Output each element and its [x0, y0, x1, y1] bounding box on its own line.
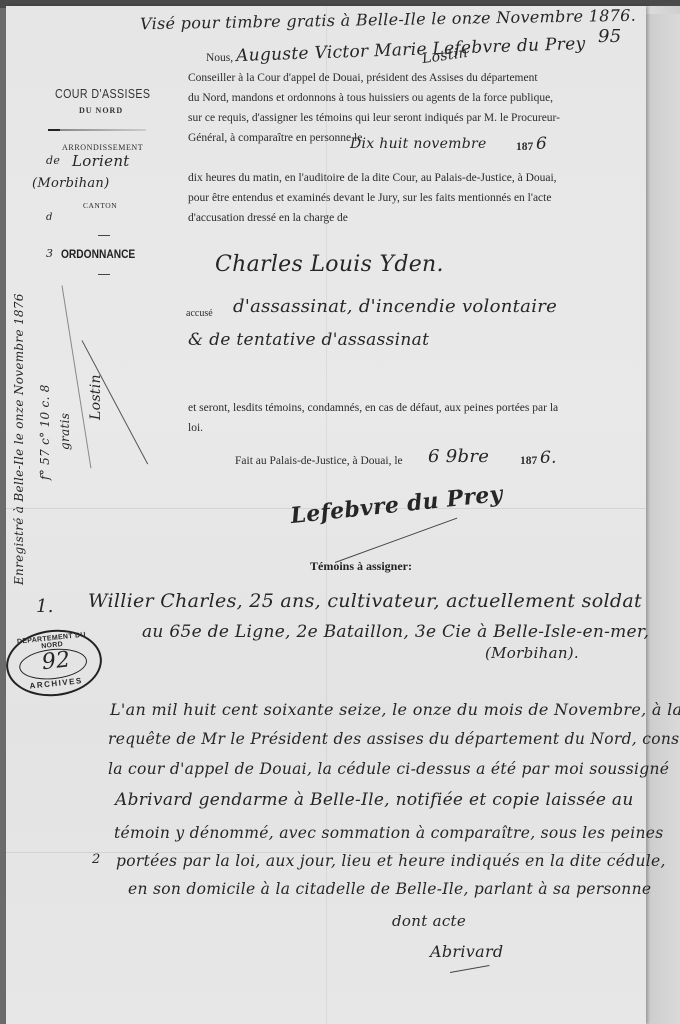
service-line: témoin y dénommé, avec sommation à compa… [114, 824, 663, 842]
margin-number: 3 [46, 247, 53, 260]
witness-line-3: (Morbihan). [485, 644, 579, 662]
fait-au-label: Fait au Palais-de-Justice, à Douai, le [235, 455, 403, 467]
accused-name: Charles Louis Yden. [215, 252, 444, 277]
text-line: et seront, lesdits témoins, condamnés, e… [188, 398, 560, 418]
separator-dash [98, 274, 110, 275]
registration-note-line3: gratis [58, 413, 72, 450]
service-line: requête de Mr le Président des assises d… [108, 730, 680, 748]
penalty-paragraph: et seront, lesdits témoins, condamnés, e… [188, 398, 560, 438]
text-line: sur ce requis, d'assigner les témoins qu… [188, 108, 560, 128]
closing-text: dont acte [392, 912, 466, 930]
appearance-year-handwritten: 6 [536, 134, 547, 154]
arrondissement-prefix: de [46, 154, 60, 167]
department-value: (Morbihan) [32, 176, 109, 191]
hearing-paragraph: dix heures du matin, en l'auditoire de l… [188, 168, 560, 228]
service-line: en son domicile à la citadelle de Belle-… [128, 880, 651, 898]
stamp-number: 92 [41, 647, 72, 675]
margin-mark: 2 [92, 852, 101, 867]
court-subtitle: DU NORD [79, 106, 123, 115]
text-line: dix heures du matin, en l'auditoire de l… [188, 168, 560, 188]
service-line: Abrivard gendarme à Belle-Ile, notifiée … [115, 790, 634, 810]
arrondissement-value: Lorient [72, 152, 130, 170]
witness-line-1: Willier Charles, 25 ans, cultivateur, ac… [88, 590, 642, 612]
service-line: L'an mil huit cent soixante seize, le on… [110, 700, 680, 719]
text-line: d'accusation dressé en la charge de [188, 208, 560, 228]
registration-signature: Lostin [88, 374, 104, 420]
fait-year-handwritten: 6. [540, 448, 557, 468]
charge-line-1: d'assassinat, d'incendie volontaire [233, 296, 557, 317]
canton-label: CANTON [83, 201, 117, 210]
charge-line-2: & de tentative d'assassinat [188, 330, 429, 350]
text-line: du Nord, mandons et ordonnons à tous hui… [188, 88, 560, 108]
separator-dash [98, 235, 110, 236]
court-title: COUR D'ASSISES [55, 86, 150, 101]
decorative-rule [48, 129, 146, 131]
gendarme-signature: Abrivard [430, 942, 503, 961]
underlying-sheet-edge [640, 14, 680, 1024]
witnesses-title: Témoins à assigner: [310, 559, 412, 574]
appearance-year-printed: 187 [516, 141, 533, 153]
witness-number: 1. [36, 596, 54, 617]
registration-note-line1: Enregistré à Belle-Ile le onze Novembre … [12, 293, 26, 585]
text-line: pour être entendus et examinés devant le… [188, 188, 560, 208]
text-fragment: Général, à comparaître en personne le [188, 132, 362, 144]
text-line: Conseiller à la Cour d'appel de Douai, p… [188, 68, 560, 88]
text-line: loi. [188, 418, 560, 438]
arrondissement-label: ARRONDISSEMENT [62, 143, 143, 152]
appearance-date: Dix huit novembre [350, 136, 487, 152]
witness-line-2: au 65e de Ligne, 2e Bataillon, 3e Cie à … [142, 622, 649, 642]
service-line: portées par la loi, aux jour, lieu et he… [116, 852, 666, 870]
nous-label: Nous, [206, 52, 233, 64]
fait-year-printed: 187 [520, 455, 537, 467]
folio-number: 95 [598, 26, 622, 47]
registration-note-line2: f° 57 c° 10 c. 8 [38, 384, 52, 480]
service-line: la cour d'appel de Douai, la cédule ci-d… [108, 760, 669, 778]
accuse-label: accusé [186, 308, 213, 319]
canton-prefix: d [46, 212, 53, 223]
fait-date: 6 9bre [428, 446, 489, 467]
ordonnance-label: ORDONNANCE [61, 247, 135, 261]
